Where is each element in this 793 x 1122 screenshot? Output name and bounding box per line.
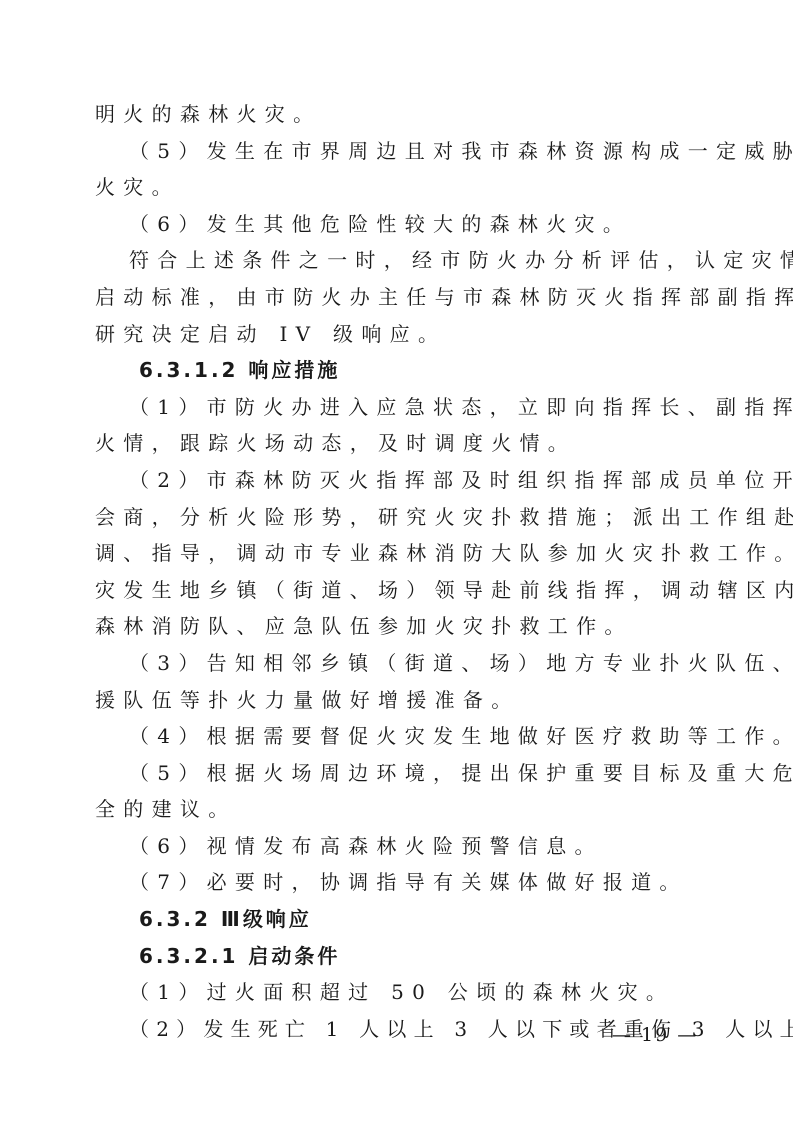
list-item-line: （3）告知相邻乡镇（街道、场）地方专业扑火队伍、消防救 bbox=[95, 645, 705, 682]
paragraph-line: 明火的森林火灾。 bbox=[95, 96, 705, 133]
list-item-line: （2）市森林防灭火指挥部及时组织指挥部成员单位开展火情 bbox=[95, 462, 705, 499]
document-page: 明火的森林火灾。 （5）发生在市界周边且对我市森林资源构成一定威胁的森林 火灾。… bbox=[0, 0, 793, 1122]
list-item-line: （4）根据需要督促火灾发生地做好医疗救助等工作。 bbox=[95, 718, 705, 755]
list-item-line: （6）视情发布高森林火险预警信息。 bbox=[95, 828, 705, 865]
paragraph-line: 研究决定启动 IV 级响应。 bbox=[95, 316, 705, 353]
paragraph-line: 符合上述条件之一时，经市防火办分析评估，认定灾情达到 bbox=[95, 242, 705, 279]
page-number: — 19 — bbox=[612, 1024, 698, 1046]
paragraph-line: 全的建议。 bbox=[95, 791, 705, 828]
list-item-line: （7）必要时，协调指导有关媒体做好报道。 bbox=[95, 864, 705, 901]
list-item-line: （1）过火面积超过 50 公顷的森林火灾。 bbox=[95, 974, 705, 1011]
list-item-line: （5）根据火场周边环境，提出保护重要目标及重大危险源安 bbox=[95, 755, 705, 792]
document-body: 明火的森林火灾。 （5）发生在市界周边且对我市森林资源构成一定威胁的森林 火灾。… bbox=[95, 96, 705, 1047]
list-item-line: （1）市防火办进入应急状态，立即向指挥长、副指挥长报告 bbox=[95, 389, 705, 426]
paragraph-line: 森林消防队、应急队伍参加火灾扑救工作。 bbox=[95, 608, 705, 645]
paragraph-line: 灾发生地乡镇（街道、场）领导赴前线指挥，调动辖区内半专业 bbox=[95, 572, 705, 609]
paragraph-line: 火情，跟踪火场动态，及时调度火情。 bbox=[95, 425, 705, 462]
section-heading: 6.3.2 Ⅲ级响应 bbox=[95, 901, 705, 938]
paragraph-line: 援队伍等扑火力量做好增援准备。 bbox=[95, 682, 705, 719]
paragraph-line: 会商，分析火险形势，研究火灾扑救措施；派出工作组赴现场协 bbox=[95, 499, 705, 536]
section-heading: 6.3.1.2 响应措施 bbox=[95, 352, 705, 389]
paragraph-line: 启动标准，由市防火办主任与市森林防灭火指挥部副指挥长共同 bbox=[95, 279, 705, 316]
paragraph-line: 调、指导，调动市专业森林消防大队参加火灾扑救工作。督促火 bbox=[95, 535, 705, 572]
paragraph-line: 火灾。 bbox=[95, 169, 705, 206]
list-item-line: （6）发生其他危险性较大的森林火灾。 bbox=[95, 206, 705, 243]
subsection-heading: 6.3.2.1 启动条件 bbox=[95, 938, 705, 975]
list-item-line: （5）发生在市界周边且对我市森林资源构成一定威胁的森林 bbox=[95, 133, 705, 170]
